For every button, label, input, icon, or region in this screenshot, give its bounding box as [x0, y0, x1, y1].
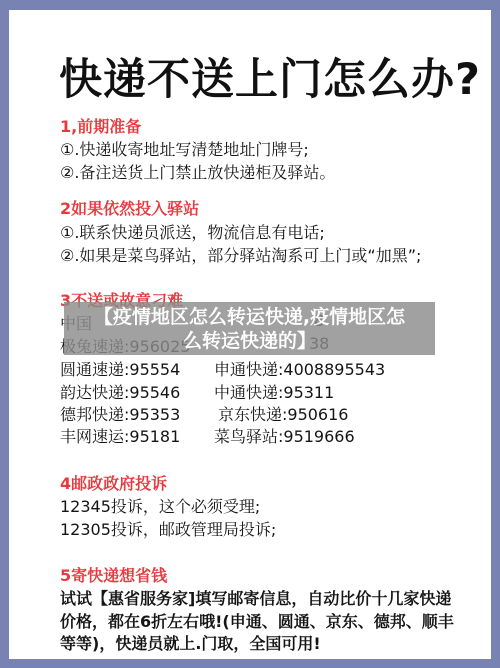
contact-left-3: 圆通速递:95554: [60, 357, 180, 380]
contact-right-6: 菜鸟驿站:9519666: [214, 424, 355, 447]
caption-overlay: 【疫情地区怎么转运快递,疫情地区怎 么转运快递的】: [64, 302, 435, 355]
section-4-line-2: 12305投诉，邮政管理局投诉;: [60, 517, 276, 540]
contact-right-4: 中通快递:95311: [214, 380, 334, 403]
section-2-heading: 2如果依然投入驿站: [60, 196, 199, 219]
contact-left-5: 德邦快递:95353: [60, 402, 180, 425]
section-4-heading: 4邮政政府投诉: [60, 471, 167, 494]
contact-right-5: 京东快递:950616: [218, 402, 348, 425]
section-2-line-2: ②.如果是菜鸟驿站，部分驿站淘系可上门或“加黑”;: [60, 243, 421, 266]
section-1-line-2: ②.备注送货上门禁止放快递柜及驿站。: [60, 160, 335, 183]
section-2-line-1: ①.联系快递员派送，物流信息有电话;: [60, 220, 325, 243]
section-5-line-1: 试试【惠省服务家]填写邮寄信息，自动比价十几家快递: [60, 586, 451, 609]
contact-left-6: 丰网速运:95181: [60, 424, 180, 447]
page-title: 快递不送上门怎么办?: [59, 46, 481, 107]
contact-right-3: 申通快递:4008895543: [214, 357, 385, 380]
section-4-line-1: 12345投诉，这个必须受理;: [60, 494, 260, 517]
section-5-line-3: 等等)，快递员就上.门取，全国可用!: [60, 631, 321, 654]
section-5-heading: 5寄快递想省钱: [60, 563, 167, 586]
section-1-heading: 1,前期准备: [60, 114, 141, 137]
section-5-line-2: 价格，都在6折左右哦!(申通、圆通、京东、德邦、顺丰: [60, 609, 454, 632]
contact-left-4: 韵达快递:95546: [60, 380, 180, 403]
caption-line-1: 【疫情地区怎么转运快递,疫情地区怎: [64, 305, 435, 329]
section-1-line-1: ①.快递收寄地址写清楚地址门牌号;: [60, 137, 309, 160]
caption-line-2: 么转运快递的】: [64, 329, 435, 353]
